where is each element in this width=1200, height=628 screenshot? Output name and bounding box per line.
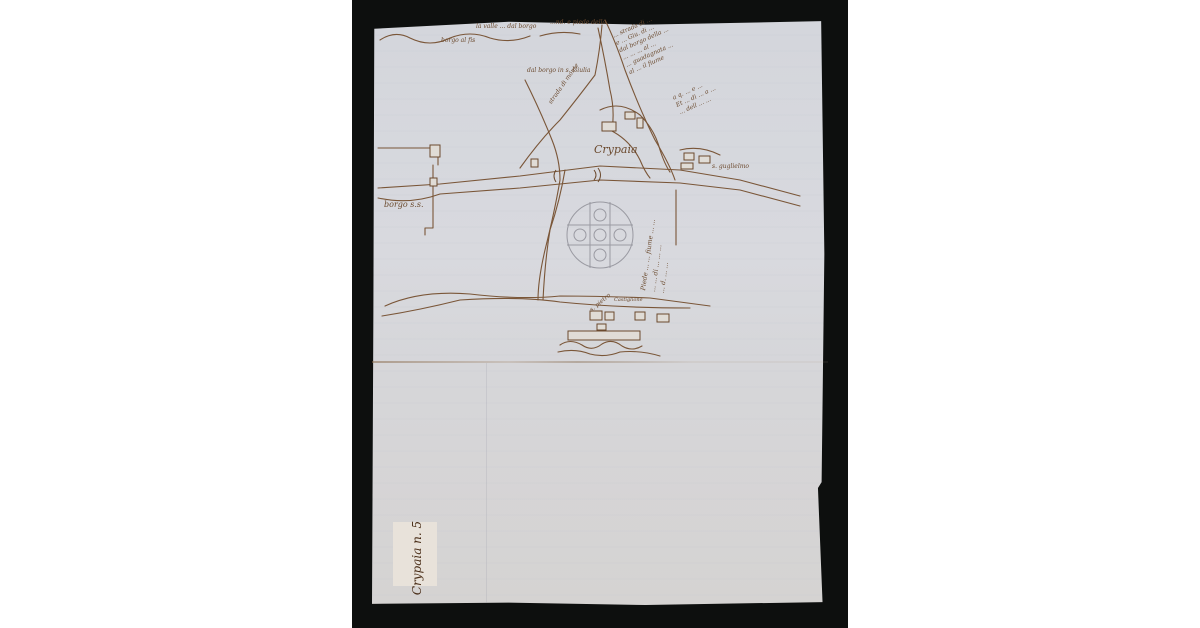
tower-icon [637,118,643,128]
note-top-line: la valle ... dal borgo [476,24,536,30]
label-top-center: ...nd. e piede della [550,20,606,26]
building-icon [625,112,635,119]
tower-icon [430,145,440,157]
building-icon [597,324,606,330]
building-icon [430,178,437,186]
road-east-fork [520,25,602,168]
river-label-right: s. guglielmo [712,164,749,170]
building-icon [635,312,645,320]
note-top-left: borgo al fis [441,38,475,44]
building-icon [699,156,710,163]
building-icon [531,159,538,167]
village-label: Castiglione [614,298,643,303]
town-label-crypaia: Crypaia [594,144,638,155]
building-icon [684,153,694,160]
building-icon [657,314,669,322]
road-label-left: dal borgo in s. Giulia [527,68,591,74]
fortress-icon [568,331,640,340]
label-borgo-ss: borgo s.s. [384,201,424,209]
catalog-label-text: Crypaia n. 5 [410,518,430,598]
road-west-fork [525,80,560,300]
building-icon [602,122,616,131]
building-icon [605,312,614,320]
circular-cross-emblem [567,202,633,268]
lower-river-upper [385,293,710,306]
building-icon [681,163,693,169]
